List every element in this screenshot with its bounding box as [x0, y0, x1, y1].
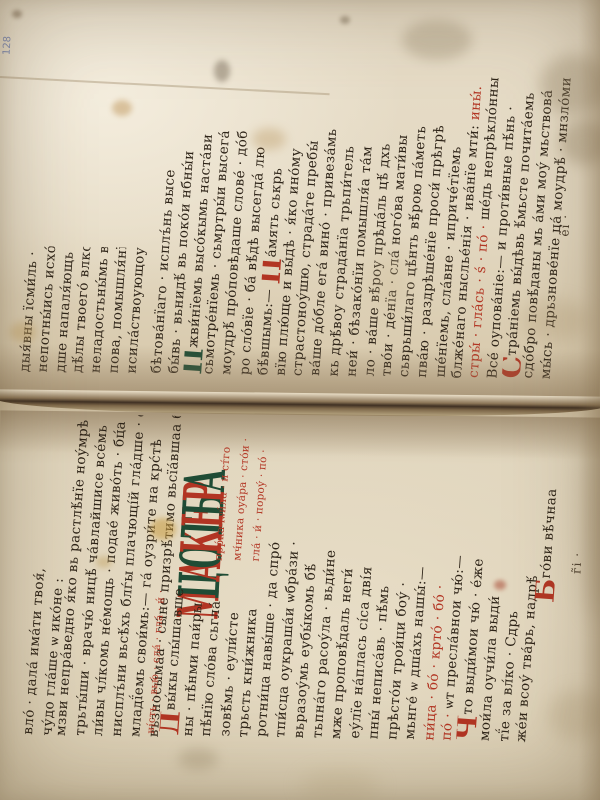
book-photo: дыя́вны їсми́ль ·непотны́ись исхо́дше на… [0, 0, 600, 800]
text-column-right: ротни́ца навы́ше · да спро́тпи́сца оукра… [258, 411, 560, 742]
folio-number-recto: е̃і · [557, 214, 572, 237]
text-run: го́ви вѣ́чнаа [537, 487, 560, 578]
text-line: Бго́ви вѣ́чнаа [534, 487, 561, 603]
stain [402, 20, 472, 60]
text-run: ины́. [466, 85, 484, 121]
stain [340, 16, 350, 24]
stain [12, 10, 22, 18]
page-edge-shadow [578, 0, 600, 800]
pencil-page-number: 128 [2, 36, 14, 56]
text-under-heading: Двы́кы слы́шавшены · пѣ́нми паи́рыпѣ́нїю… [164, 582, 259, 738]
text-run: по́ · [438, 708, 456, 741]
text-column-main: бѣтова́нїаго · исплъ́нь высебы́вь · вьни… [154, 72, 568, 380]
initial-letter: Б [534, 577, 561, 603]
page-verso: вло́ · дала́ има́ти твоя́,чу́до гла́ше ѡ… [7, 403, 600, 800]
